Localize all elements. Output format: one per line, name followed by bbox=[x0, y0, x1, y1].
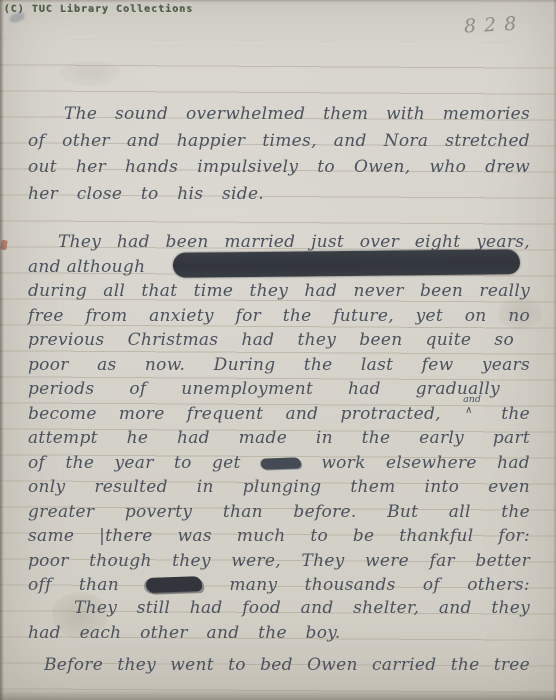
caret-icon: ∧ bbox=[465, 399, 473, 424]
manuscript-line: had each other and the boy. bbox=[28, 621, 530, 646]
manuscript-line: greater poverty than before. But all the bbox=[28, 500, 530, 525]
manuscript-line: out her hands impulsively to Owen, who d… bbox=[28, 154, 530, 181]
red-edge-mark bbox=[0, 240, 7, 251]
insertion-mark: and∧ bbox=[463, 402, 479, 419]
ink-blot bbox=[261, 457, 301, 469]
manuscript-line: The sound overwhelmed them with memories bbox=[28, 101, 530, 128]
manuscript-line: only resulted in plunging them into even bbox=[28, 475, 530, 500]
line-text: of the year to get bbox=[28, 453, 241, 473]
line-text: off than bbox=[28, 575, 119, 595]
manuscript-line: periods of unemployment had gradually bbox=[28, 377, 530, 402]
line-text: become more frequent and protracted, bbox=[28, 404, 441, 424]
manuscript-line: during all that time they had never been… bbox=[28, 279, 530, 304]
manuscript-line-with-blot: of the year to get work elsewhere had bbox=[28, 451, 530, 476]
manuscript-line-with-blot: off than many thousands of others: bbox=[28, 573, 530, 598]
page-number: 828 bbox=[463, 12, 524, 37]
manuscript-line: They still had food and shelter, and the… bbox=[28, 596, 530, 621]
line-text: greater poverty than before. bbox=[28, 502, 357, 522]
copyright-watermark: (C) TUC Library Collections bbox=[4, 4, 194, 15]
paragraph-3: They still had food and shelter, and the… bbox=[28, 596, 530, 645]
manuscript-line: poor as now. During the last few years bbox=[28, 353, 530, 378]
page-edge-top bbox=[0, 0, 556, 3]
manuscript-line-with-insertion: become more frequent and protracted, and… bbox=[28, 402, 530, 427]
manuscript-line: of other and happier times, and Nora str… bbox=[28, 128, 530, 155]
manuscript-line: Before they went to bed Owen carried the… bbox=[28, 652, 530, 678]
page-edge-left bbox=[0, 0, 4, 700]
line-text: many thousands of others: bbox=[229, 575, 530, 595]
manuscript-line: previous Christmas had they been quite s… bbox=[28, 328, 530, 353]
line-text: the bbox=[501, 404, 530, 424]
line-text: work elsewhere had bbox=[321, 453, 530, 473]
ink-blot bbox=[146, 576, 202, 593]
page-edge-bottom bbox=[0, 690, 556, 700]
manuscript-line: same |there was much to be thankful for: bbox=[28, 524, 530, 549]
manuscript-line: attempt he had made in the early part bbox=[28, 426, 530, 451]
manuscript-line: poor though they were, They were far bet… bbox=[28, 549, 530, 574]
manuscript-line: free from anxiety for the future, yet on… bbox=[28, 304, 530, 329]
manuscript-page: (C) TUC Library Collections 828 The soun… bbox=[0, 0, 556, 700]
manuscript-line: her close to his side. bbox=[28, 181, 530, 208]
line-text: and although bbox=[28, 255, 145, 280]
manuscript-line-redacted: and although bbox=[28, 255, 530, 280]
paragraph-4: Before they went to bed Owen carried the… bbox=[28, 652, 530, 678]
line-text: But all the bbox=[387, 502, 530, 522]
paragraph-1: The sound overwhelmed them with memories… bbox=[28, 101, 530, 207]
paper-stain bbox=[60, 60, 120, 86]
redaction-bar bbox=[173, 249, 520, 278]
paragraph-2: They had been married just over eight ye… bbox=[28, 230, 530, 598]
